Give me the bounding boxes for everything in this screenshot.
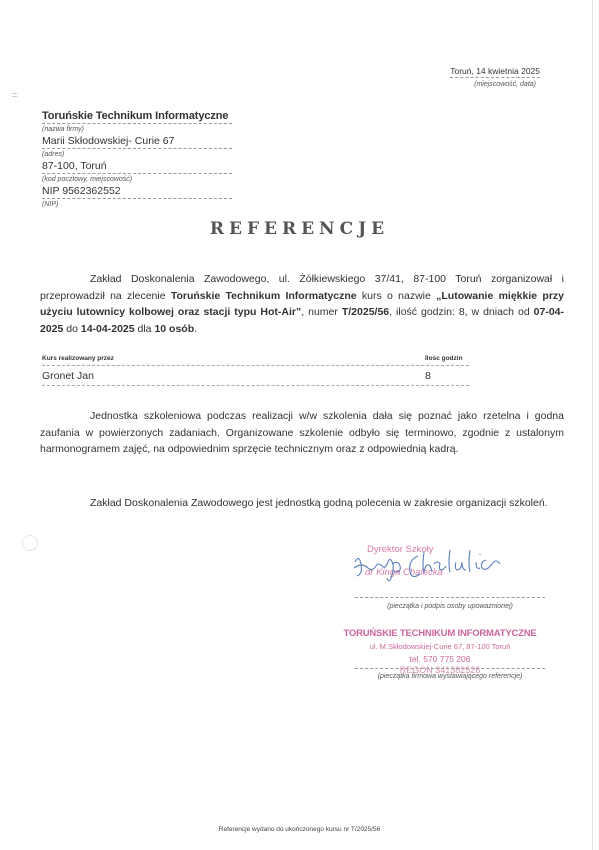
place-date-block: Toruń, 14 kwietnia 2025 (miejscowość, da…: [420, 61, 540, 88]
company-postal-city-caption: (kod pocztowy, miejscowość): [42, 176, 232, 183]
paragraph-course-info: Zakład Doskonalenia Zawodowego, ul. Żółk…: [40, 271, 564, 337]
p1-text: do: [63, 323, 81, 335]
paragraph-recommendation: Zakład Doskonalenia Zawodowego jest jedn…: [40, 495, 564, 512]
company-stamp-caption: (pieczątka firmowa wystawiającego refere…: [355, 668, 545, 680]
company-stamp: TORUŃSKIE TECHNIKUM INFORMATYCZNE ul. M.…: [340, 628, 540, 673]
p1-text: kurs o nazwie: [357, 290, 437, 302]
document-title-wrap: REFERENCJE: [0, 219, 599, 239]
punch-hole-mark: [22, 535, 38, 551]
company-address-caption: (adres): [42, 151, 232, 158]
stamp-phone: tel. 570 775 206: [340, 654, 540, 664]
page-edge: [592, 0, 593, 850]
handwritten-signature-icon: [340, 542, 550, 592]
course-number: T/2025/56: [342, 306, 389, 318]
evaluation-text: Jednostka szkoleniowa podczas realizacji…: [40, 410, 564, 455]
scan-mark: [12, 93, 17, 97]
company-address: Marii Skłodowskiej- Curie 67: [42, 135, 232, 149]
p1-text: .: [194, 323, 197, 335]
participants: 10 osób: [154, 323, 194, 335]
company-nip-caption: (NIP): [42, 201, 232, 208]
stamp-address: ul. M.Skłodowskiej-Curie 67, 87-100 Toru…: [340, 642, 540, 651]
company-postal-city: 87-100, Toruń: [42, 160, 232, 174]
client-name: Toruńskie Technikum Informatyczne: [171, 290, 357, 302]
header-hours: Ilośc godzin: [425, 355, 469, 362]
table-row: Gronet Jan 8: [42, 366, 469, 386]
paragraph-evaluation: Jednostka szkoleniowa podczas realizacji…: [40, 408, 564, 458]
company-info: Toruńskie Technikum Informatyczne (nazwa…: [42, 110, 232, 210]
document-title: REFERENCJE: [210, 219, 389, 239]
p1-text: dla: [135, 323, 155, 335]
course-table: Kurs realizowany przez Ilośc godzin Gron…: [42, 355, 469, 386]
date-to: 14-04-2025: [81, 323, 135, 335]
hours-value: 8: [425, 370, 469, 382]
place-date-caption: (miejscowość, data): [420, 81, 540, 88]
course-table-header: Kurs realizowany przez Ilośc godzin: [42, 355, 469, 366]
stamp-company-name: TORUŃSKIE TECHNIKUM INFORMATYCZNE: [340, 628, 540, 639]
company-name-caption: (nazwa firmy): [42, 126, 232, 133]
place-date: Toruń, 14 kwietnia 2025: [450, 66, 540, 78]
p1-text: , ilość godzin: 8, w dniach od: [389, 306, 534, 318]
p1-text: , numer: [301, 306, 342, 318]
footer-note: Referencje wydano do ukończonego kursu n…: [0, 826, 599, 833]
recommendation-text: Zakład Doskonalenia Zawodowego jest jedn…: [90, 497, 548, 509]
instructor-name: Gronet Jan: [42, 370, 94, 382]
signature-block: Dyrektor Szkoły dr Kinga Chalecka: [340, 542, 550, 592]
company-nip: NIP 9562362552: [42, 185, 232, 199]
header-instructor: Kurs realizowany przez: [42, 355, 114, 362]
company-name: Toruńskie Technikum Informatyczne: [42, 110, 232, 124]
signature-caption: (pieczątka i podpis osoby upoważnionej): [355, 597, 545, 610]
